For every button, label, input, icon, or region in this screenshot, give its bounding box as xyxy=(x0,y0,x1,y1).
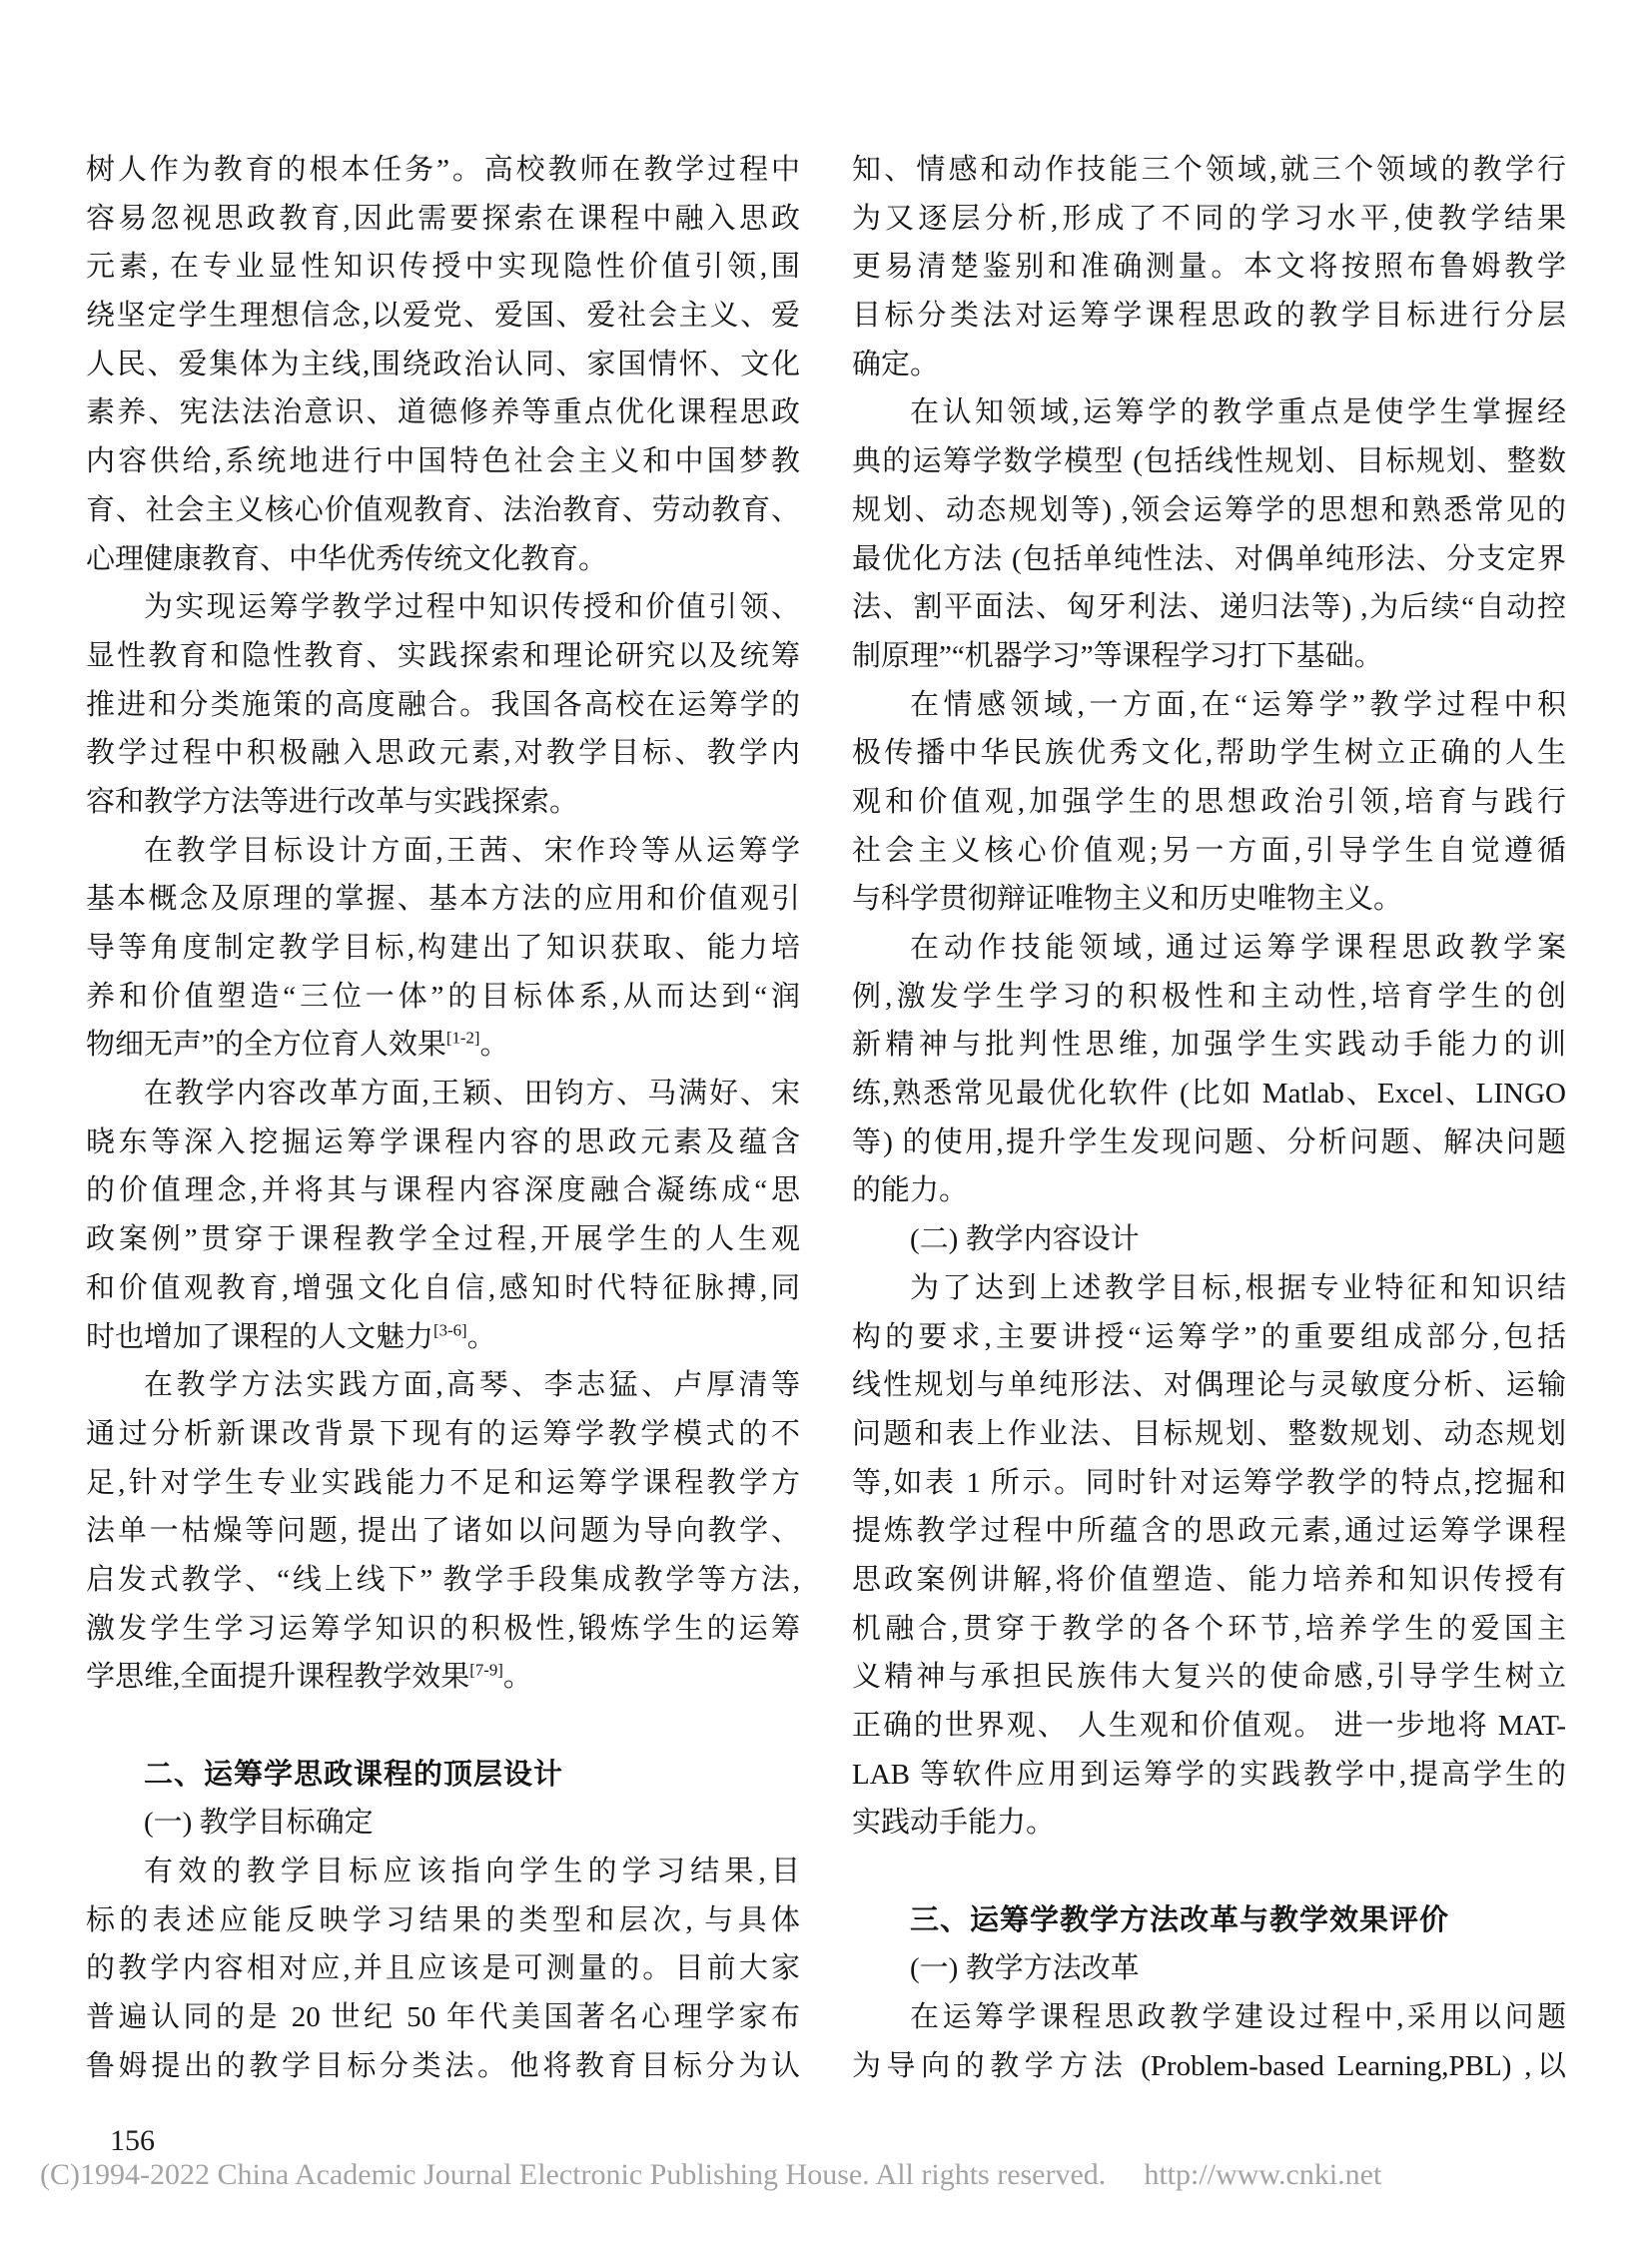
text-line: 素养、宪法法治意识、道德修养等重点优化课程思政 xyxy=(86,388,800,437)
text-line: 的能力。 xyxy=(852,1166,1566,1215)
text-line: 有效的教学目标应该指向学生的学习结果,目 xyxy=(86,1848,800,1896)
text-line: 人民、爱集体为主线,围绕政治认同、家国情怀、文化 xyxy=(86,341,800,389)
text-line: 实践动手能力。 xyxy=(852,1799,1566,1848)
text-line: 时也增加了课程的人文魅力[3-6]。 xyxy=(86,1313,800,1362)
section-heading: 三、运筹学教学方法改革与教学效果评价 xyxy=(852,1896,1566,1945)
text-line: 思政案例讲解,将价值塑造、能力培养和知识传授有 xyxy=(852,1556,1566,1605)
text-line: 更易清楚鉴别和准确测量。本文将按照布鲁姆教学 xyxy=(852,243,1566,292)
text-line: 为实现运筹学教学过程中知识传授和价值引领、 xyxy=(86,583,800,632)
text-line: 正确的世界观、 人生观和价值观。 进一步地将 MAT- xyxy=(852,1702,1566,1751)
text-line: 物细无声”的全方位育人效果[1-2]。 xyxy=(86,1021,800,1070)
citation-ref: [7-9] xyxy=(469,1661,503,1680)
text-line: 内容供给,系统地进行中国特色社会主义和中国梦教 xyxy=(86,437,800,486)
section-heading: 二、运筹学思政课程的顶层设计 xyxy=(86,1751,800,1800)
text-line: 导等角度制定教学目标,构建出了知识获取、能力培 xyxy=(86,924,800,973)
text-line: 的价值理念,并将其与课程内容深度融合凝练成“思 xyxy=(86,1166,800,1215)
text-line: 法单一枯燥等问题, 提出了诸如以问题为导向教学、 xyxy=(86,1507,800,1556)
text-line: 练,熟悉常见最优化软件 (比如 Matlab、Excel、LINGO xyxy=(852,1070,1566,1119)
subsection-heading: (一) 教学目标确定 xyxy=(86,1799,800,1848)
text-line: 观和价值观,加强学生的思想政治引领,培育与践行 xyxy=(852,778,1566,827)
text-line: 教学过程中积极融入思政元素,对教学目标、教学内 xyxy=(86,729,800,778)
text-line: 元素, 在专业显性知识传授中实现隐性价值引领,围 xyxy=(86,243,800,292)
text-line: 学思维,全面提升课程教学效果[7-9]。 xyxy=(86,1653,800,1702)
text-line: 心理健康教育、中华优秀传统文化教育。 xyxy=(86,535,800,584)
text-line: 等,如表 1 所示。同时针对运筹学教学的特点,挖掘和 xyxy=(852,1459,1566,1508)
text-line: 新精神与批判性思维, 加强学生实践动手能力的训 xyxy=(852,1021,1566,1070)
text-line: 典的运筹学数学模型 (包括线性规划、目标规划、整数 xyxy=(852,437,1566,486)
text-line: 极传播中华民族优秀文化,帮助学生树立正确的人生 xyxy=(852,729,1566,778)
text-line: 等) 的使用,提升学生发现问题、分析问题、解决问题 xyxy=(852,1119,1566,1167)
text-line: 的教学内容相对应,并且应该是可测量的。目前大家 xyxy=(86,1944,800,1993)
copyright-footer: (C)1994-2022 China Academic Journal Elec… xyxy=(40,2155,1381,2195)
text-line: 例,激发学生学习的积极性和主动性,培育学生的创 xyxy=(852,973,1566,1022)
text-line: 推进和分类施策的高度融合。我国各高校在运筹学的 xyxy=(86,681,800,730)
text-line: 规划、动态规划等) ,领会运筹学的思想和熟悉常见的 xyxy=(852,486,1566,535)
text-line: 知、情感和动作技能三个领域,就三个领域的教学行 xyxy=(852,146,1566,195)
text-line: 养和价值塑造“三位一体”的目标体系,从而达到“润 xyxy=(86,973,800,1022)
text-line: 为又逐层分析,形成了不同的学习水平,使教学结果 xyxy=(852,195,1566,244)
text-line: 政案例”贯穿于课程教学全过程,开展学生的人生观 xyxy=(86,1215,800,1264)
text-line: 在教学内容改革方面,王颖、田钧方、马满好、宋 xyxy=(86,1070,800,1119)
text-line: 鲁姆提出的教学目标分类法。他将教育目标分为认 xyxy=(86,2042,800,2091)
text-line: 标的表述应能反映学习结果的类型和层次, 与具体 xyxy=(86,1896,800,1945)
blank-line xyxy=(86,1702,800,1751)
text-line: 晓东等深入挖掘运筹学课程内容的思政元素及蕴含 xyxy=(86,1119,800,1167)
subsection-heading: (一) 教学方法改革 xyxy=(852,1944,1566,1993)
text-line: LAB 等软件应用到运筹学的实践教学中,提高学生的 xyxy=(852,1751,1566,1800)
text-line: 义精神与承担民族伟大复兴的使命感,引导学生树立 xyxy=(852,1653,1566,1702)
text-line: 启发式教学、“线上线下” 教学手段集成教学等方法, xyxy=(86,1556,800,1605)
text-line: 社会主义核心价值观;另一方面,引导学生自觉遵循 xyxy=(852,827,1566,876)
text-line: 在情感领域,一方面,在“运筹学”教学过程中积 xyxy=(852,681,1566,730)
text-line: 通过分析新课改背景下现有的运筹学教学模式的不 xyxy=(86,1410,800,1459)
text-line: 树人作为教育的根本任务”。高校教师在教学过程中 xyxy=(86,146,800,195)
text-line: 在运筹学课程思政教学建设过程中,采用以问题 xyxy=(852,1993,1566,2042)
text-line: 和价值观教育,增强文化自信,感知时代特征脉搏,同 xyxy=(86,1264,800,1313)
text-line: 机融合,贯穿于教学的各个环节,培养学生的爱国主 xyxy=(852,1605,1566,1654)
text-line: 线性规划与单纯形法、对偶理论与灵敏度分析、运输 xyxy=(852,1361,1566,1410)
text-line: 容易忽视思政教育,因此需要探索在课程中融入思政 xyxy=(86,195,800,244)
cnki-url: http://www.cnki.net xyxy=(1144,2158,1381,2191)
text-line: 提炼教学过程中所蕴含的思政元素,通过运筹学课程 xyxy=(852,1507,1566,1556)
text-line: 在教学方法实践方面,高琴、李志猛、卢厚清等 xyxy=(86,1361,800,1410)
text-line: 育、社会主义核心价值观教育、法治教育、劳动教育、 xyxy=(86,486,800,535)
citation-ref: [1-2] xyxy=(446,1029,480,1048)
text-line: 基本概念及原理的掌握、基本方法的应用和价值观引 xyxy=(86,875,800,924)
text-line: 构的要求,主要讲授“运筹学”的重要组成部分,包括 xyxy=(852,1313,1566,1362)
text-line: 目标分类法对运筹学课程思政的教学目标进行分层 xyxy=(852,292,1566,341)
text-column-left: 树人作为教育的根本任务”。高校教师在教学过程中容易忽视思政教育,因此需要探索在课… xyxy=(86,146,800,2091)
subsection-heading: (二) 教学内容设计 xyxy=(852,1215,1566,1264)
text-line: 在动作技能领域, 通过运筹学课程思政教学案 xyxy=(852,924,1566,973)
text-line: 在教学目标设计方面,王茜、宋作玲等从运筹学 xyxy=(86,827,800,876)
blank-line xyxy=(852,1848,1566,1896)
text-line: 法、割平面法、匈牙利法、递归法等) ,为后续“自动控 xyxy=(852,583,1566,632)
text-line: 为了达到上述教学目标,根据专业特征和知识结 xyxy=(852,1264,1566,1313)
copyright-text: (C)1994-2022 China Academic Journal Elec… xyxy=(40,2158,1106,2191)
text-line: 激发学生学习运筹学知识的积极性,锻炼学生的运筹 xyxy=(86,1605,800,1654)
text-line: 普遍认同的是 20 世纪 50 年代美国著名心理学家布 xyxy=(86,1993,800,2042)
text-line: 确定。 xyxy=(852,341,1566,389)
text-line: 绕坚定学生理想信念,以爱党、爱国、爱社会主义、爱 xyxy=(86,292,800,341)
text-line: 问题和表上作业法、目标规划、整数规划、动态规划 xyxy=(852,1410,1566,1459)
text-column-right: 知、情感和动作技能三个领域,就三个领域的教学行为又逐层分析,形成了不同的学习水平… xyxy=(852,146,1566,2091)
text-line: 在认知领域,运筹学的教学重点是使学生掌握经 xyxy=(852,388,1566,437)
scanned-paper-page: 树人作为教育的根本任务”。高校教师在教学过程中容易忽视思政教育,因此需要探索在课… xyxy=(0,0,1652,2241)
text-line: 容和教学方法等进行改革与实践探索。 xyxy=(86,778,800,827)
text-line: 最优化方法 (包括单纯性法、对偶单纯形法、分支定界 xyxy=(852,535,1566,584)
text-line: 为导向的教学方法 (Problem-based Learning,PBL) ,以 xyxy=(852,2042,1566,2091)
text-line: 与科学贯彻辩证唯物主义和历史唯物主义。 xyxy=(852,875,1566,924)
text-line: 制原理”“机器学习”等课程学习打下基础。 xyxy=(852,632,1566,681)
citation-ref: [3-6] xyxy=(433,1320,467,1339)
text-line: 足,针对学生专业实践能力不足和运筹学课程教学方 xyxy=(86,1459,800,1508)
text-line: 显性教育和隐性教育、实践探索和理论研究以及统筹 xyxy=(86,632,800,681)
